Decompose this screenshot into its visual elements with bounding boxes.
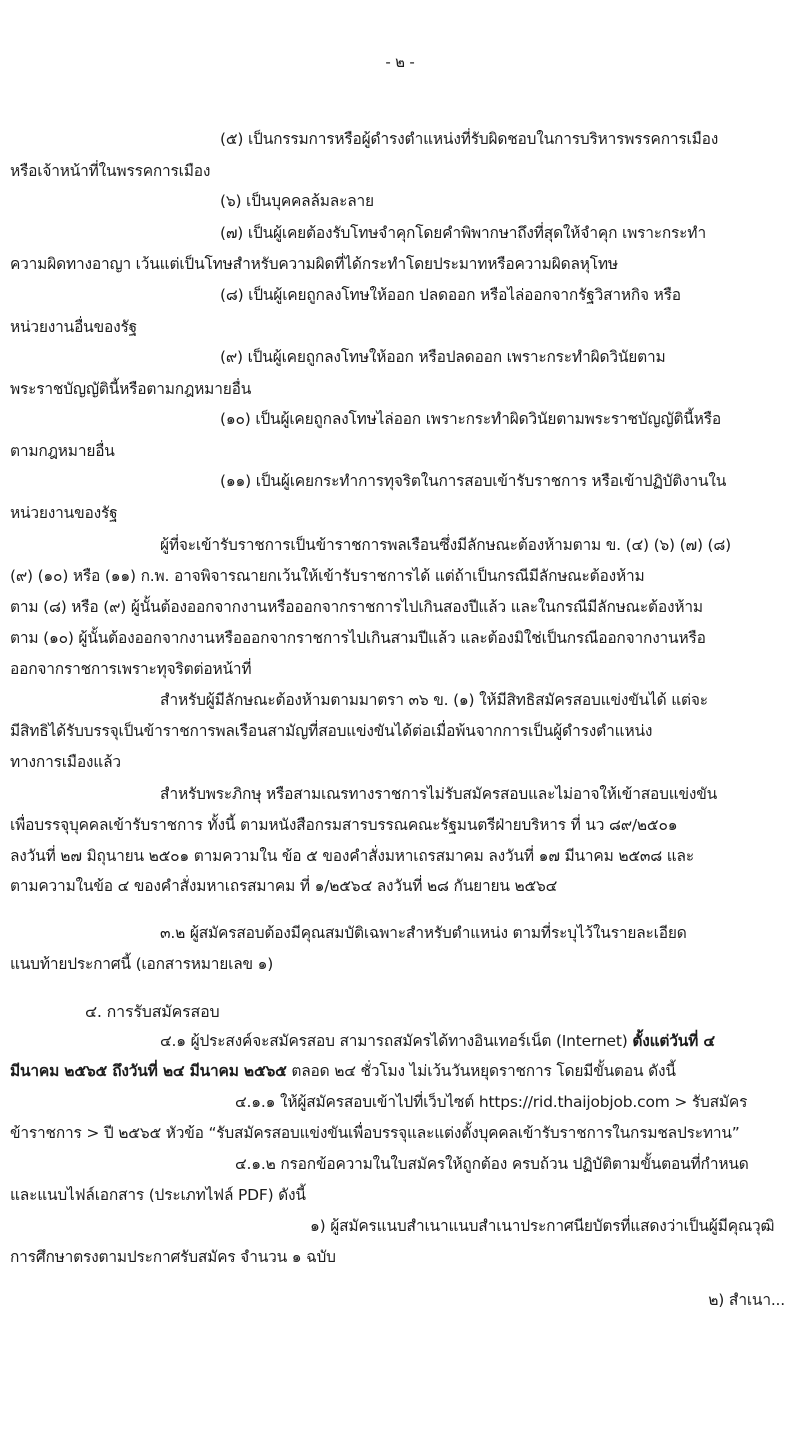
attachment-item-1-line-2: การศึกษาตรงตามประกาศรับสมัคร จำนวน ๑ ฉบั… — [10, 1247, 336, 1267]
monk-para-line-2: เพื่อบรรจุบุคคลเข้ารับราชการ ทั้งนี้ ตาม… — [10, 815, 677, 835]
item-7-line-1: (๗) เป็นผู้เคยต้องรับโทษจำคุกโดยคำพิพากษ… — [220, 223, 706, 243]
item-11-line-1: (๑๑) เป็นผู้เคยกระทำการทุจริตในการสอบเข้… — [220, 471, 726, 491]
item-8-line-2: หน่วยงานอื่นของรัฐ — [10, 317, 137, 337]
clause-4-1-line-1: ๔.๑ ผู้ประสงค์จะสมัครสอบ สามารถสมัครได้ท… — [160, 1031, 715, 1051]
clause-3-2-line-1: ๓.๒ ผู้สมัครสอบต้องมีคุณสมบัติเฉพาะสำหรั… — [160, 923, 687, 943]
item-10-line-2: ตามกฎหมายอื่น — [10, 441, 115, 461]
clause-4-1-text: ๔.๑ ผู้ประสงค์จะสมัครสอบ สามารถสมัครได้ท… — [160, 1032, 628, 1050]
section-36-para-line-1: สำหรับผู้มีลักษณะต้องห้ามตามมาตรา ๓๖ ข. … — [160, 690, 708, 710]
exemption-para-line-2: (๙) (๑๐) หรือ (๑๑) ก.พ. อาจพิจารณายกเว้น… — [10, 566, 645, 586]
item-10-line-1: (๑๐) เป็นผู้เคยถูกลงโทษไล่ออก เพราะกระทำ… — [220, 409, 721, 429]
application-date-range: มีนาคม ๒๕๖๕ ถึงวันที่ ๒๔ มีนาคม ๒๕๖๕ — [10, 1062, 287, 1080]
application-start-date: ตั้งแต่วันที่ ๔ — [632, 1032, 715, 1050]
item-11-line-2: หน่วยงานของรัฐ — [10, 503, 117, 523]
clause-4-1-2-line-1: ๔.๑.๒ กรอกข้อความในใบสมัครให้ถูกต้อง ครบ… — [235, 1154, 749, 1174]
section-4-heading: ๔. การรับสมัครสอบ — [85, 1002, 219, 1022]
item-7-line-2: ความผิดทางอาญา เว้นแต่เป็นโทษสำหรับความผ… — [10, 254, 618, 274]
clause-4-1-1-line-1: ๔.๑.๑ ให้ผู้สมัครสอบเข้าไปที่เว็บไซต์ ht… — [235, 1092, 747, 1112]
item-9-line-2: พระราชบัญญัตินี้หรือตามกฎหมายอื่น — [10, 379, 251, 399]
attachment-item-1-line-1: ๑) ผู้สมัครแนบสำเนาแนบสำเนาประกาศนียบัตร… — [310, 1216, 774, 1236]
exemption-para-line-3: ตาม (๘) หรือ (๙) ผู้นั้นต้องออกจากงานหรื… — [10, 597, 703, 617]
item-5-line-1: (๕) เป็นกรรมการหรือผู้ดำรงตำแหน่งที่รับผ… — [220, 129, 718, 149]
section-36-para-line-2: มีสิทธิได้รับบรรจุเป็นข้าราชการพลเรือนสา… — [10, 721, 652, 741]
section-36-para-line-3: ทางการเมืองแล้ว — [10, 752, 121, 772]
clause-4-1-1-line-2: ข้าราชการ > ปี ๒๕๖๕ หัวข้อ “รับสมัครสอบแ… — [10, 1123, 740, 1143]
clause-3-2-line-2: แนบท้ายประกาศนี้ (เอกสารหมายเลข ๑) — [10, 954, 273, 974]
item-5-line-2: หรือเจ้าหน้าที่ในพรรคการเมือง — [10, 161, 210, 181]
continued-marker: ๒) สำเนา... — [708, 1290, 785, 1310]
item-9-line-1: (๙) เป็นผู้เคยถูกลงโทษให้ออก หรือปลดออก … — [220, 347, 666, 367]
monk-para-line-1: สำหรับพระภิกษุ หรือสามเณรทางราชการไม่รับ… — [160, 784, 717, 804]
clause-4-1-line-2: มีนาคม ๒๕๖๕ ถึงวันที่ ๒๔ มีนาคม ๒๕๖๕ ตลอ… — [10, 1061, 676, 1081]
item-6: (๖) เป็นบุคคลล้มละลาย — [220, 191, 374, 211]
exemption-para-line-5: ออกจากราชการเพราะทุจริตต่อหน้าที่ — [10, 659, 251, 679]
item-8-line-1: (๘) เป็นผู้เคยถูกลงโทษให้ออก ปลดออก หรือ… — [220, 285, 681, 305]
clause-4-1-text-cont: ตลอด ๒๔ ชั่วโมง ไม่เว้นวันหยุดราชการ โดย… — [291, 1062, 675, 1080]
page-number: - ๒ - — [0, 52, 800, 72]
document-page: - ๒ - (๕) เป็นกรรมการหรือผู้ดำรงตำแหน่งท… — [0, 0, 800, 1432]
monk-para-line-4: ตามความในข้อ ๔ ของคำสั่งมหาเถรสมาคม ที่ … — [10, 876, 557, 896]
clause-4-1-2-line-2: และแนบไฟล์เอกสาร (ประเภทไฟล์ PDF) ดังนี้ — [10, 1185, 306, 1205]
monk-para-line-3: ลงวันที่ ๒๗ มิถุนายน ๒๕๐๑ ตามความใน ข้อ … — [10, 846, 694, 866]
exemption-para-line-4: ตาม (๑๐) ผู้นั้นต้องออกจากงานหรือออกจากร… — [10, 628, 706, 648]
exemption-para-line-1: ผู้ที่จะเข้ารับราชการเป็นข้าราชการพลเรือ… — [160, 535, 731, 555]
